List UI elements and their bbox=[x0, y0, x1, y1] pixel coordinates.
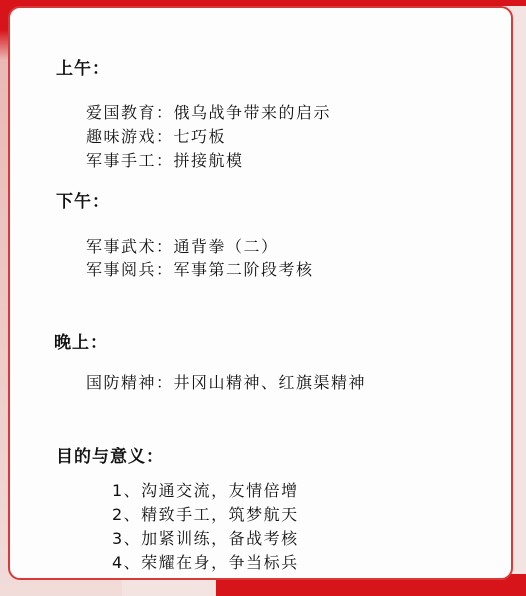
purpose-item: 4、荣耀在身，争当标兵 bbox=[112, 550, 299, 573]
purpose-title: 目的与意义： bbox=[56, 442, 164, 467]
morning-title: 上午： bbox=[56, 54, 110, 79]
purpose-item: 1、沟通交流，友情倍增 bbox=[112, 478, 299, 501]
evening-item: 国防精神：井冈山精神、红旗渠精神 bbox=[86, 370, 366, 393]
morning-item: 军事手工：拼接航模 bbox=[86, 148, 244, 171]
poster-frame: 上午： 爱国教育：俄乌战争带来的启示 趣味游戏：七巧板 军事手工：拼接航模 下午… bbox=[0, 0, 526, 596]
purpose-item: 2、精致手工，筑梦航天 bbox=[112, 502, 299, 525]
morning-item: 趣味游戏：七巧板 bbox=[86, 124, 226, 147]
morning-item: 爱国教育：俄乌战争带来的启示 bbox=[86, 100, 331, 123]
purpose-item: 3、加紧训练，备战考核 bbox=[112, 526, 299, 549]
afternoon-item: 军事阅兵：军事第二阶段考核 bbox=[86, 257, 314, 280]
evening-title: 晚上： bbox=[54, 328, 108, 353]
schedule-card: 上午： 爱国教育：俄乌战争带来的启示 趣味游戏：七巧板 军事手工：拼接航模 下午… bbox=[8, 6, 513, 580]
afternoon-title: 下午： bbox=[56, 187, 110, 212]
afternoon-item: 军事武术：通背拳（二） bbox=[86, 234, 279, 257]
